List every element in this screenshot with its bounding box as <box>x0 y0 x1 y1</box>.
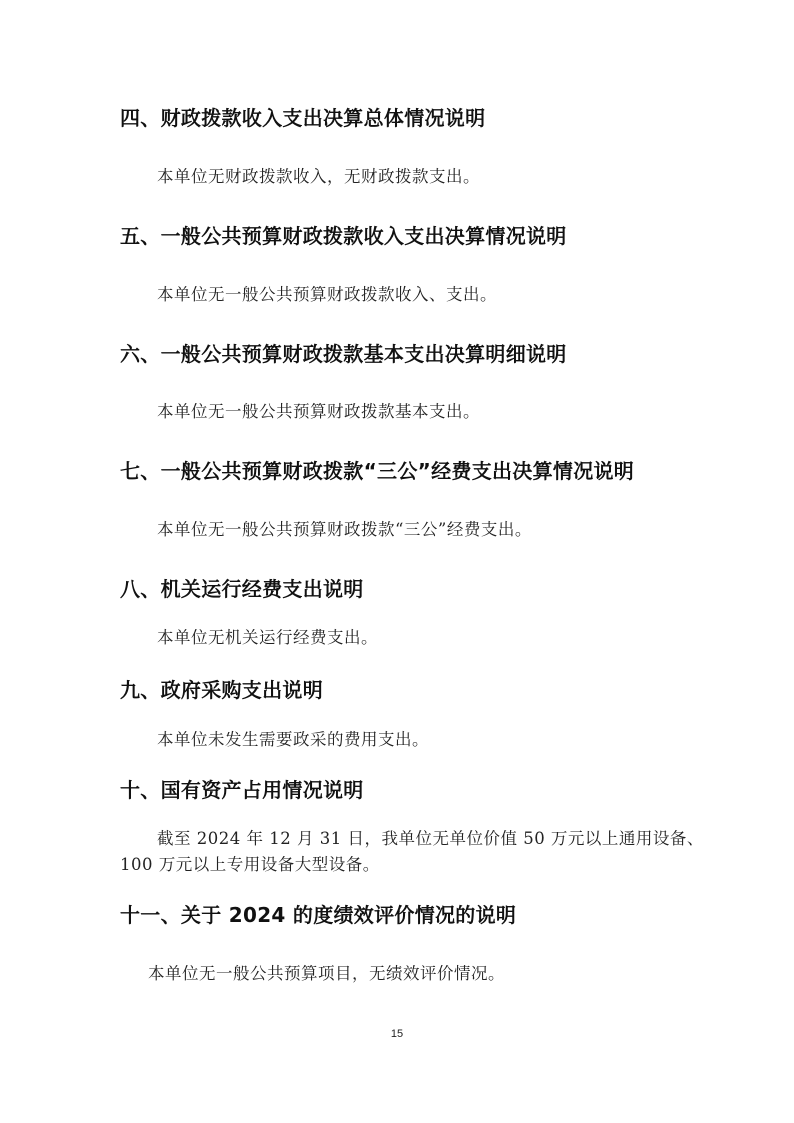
section-body-9: 本单位未发生需要政采的费用支出。 <box>157 728 429 752</box>
section-body-5: 本单位无一般公共预算财政拨款收入、支出。 <box>157 283 497 307</box>
section-heading-7: 七、一般公共预算财政拨款“三公”经费支出决算情况说明 <box>120 457 634 485</box>
section-body-6: 本单位无一般公共预算财政拨款基本支出。 <box>157 400 480 424</box>
section-body-7: 本单位无一般公共预算财政拨款“三公”经费支出。 <box>157 518 532 542</box>
section-heading-6: 六、一般公共预算财政拨款基本支出决算明细说明 <box>120 340 567 368</box>
section-heading-5: 五、一般公共预算财政拨款收入支出决算情况说明 <box>120 222 567 250</box>
document-page: 四、财政拨款收入支出决算总体情况说明 本单位无财政拨款收入，无财政拨款支出。 五… <box>0 0 794 1123</box>
section-body-11: 本单位无一般公共预算项目，无绩效评价情况。 <box>148 962 505 986</box>
section-body-8: 本单位无机关运行经费支出。 <box>157 626 378 650</box>
section-heading-11: 十一、关于 2024 的度绩效评价情况的说明 <box>120 901 516 929</box>
section-heading-10: 十、国有资产占用情况说明 <box>120 776 364 804</box>
section-heading-9: 九、政府采购支出说明 <box>120 676 323 704</box>
page-number: 15 <box>0 1028 794 1040</box>
section-body-10: 截至 2024 年 12 月 31 日，我单位无单位价值 50 万元以上通用设备… <box>120 826 720 878</box>
section-heading-4: 四、财政拨款收入支出决算总体情况说明 <box>120 104 485 132</box>
section-heading-8: 八、机关运行经费支出说明 <box>120 575 364 603</box>
section-body-4: 本单位无财政拨款收入，无财政拨款支出。 <box>157 165 480 189</box>
